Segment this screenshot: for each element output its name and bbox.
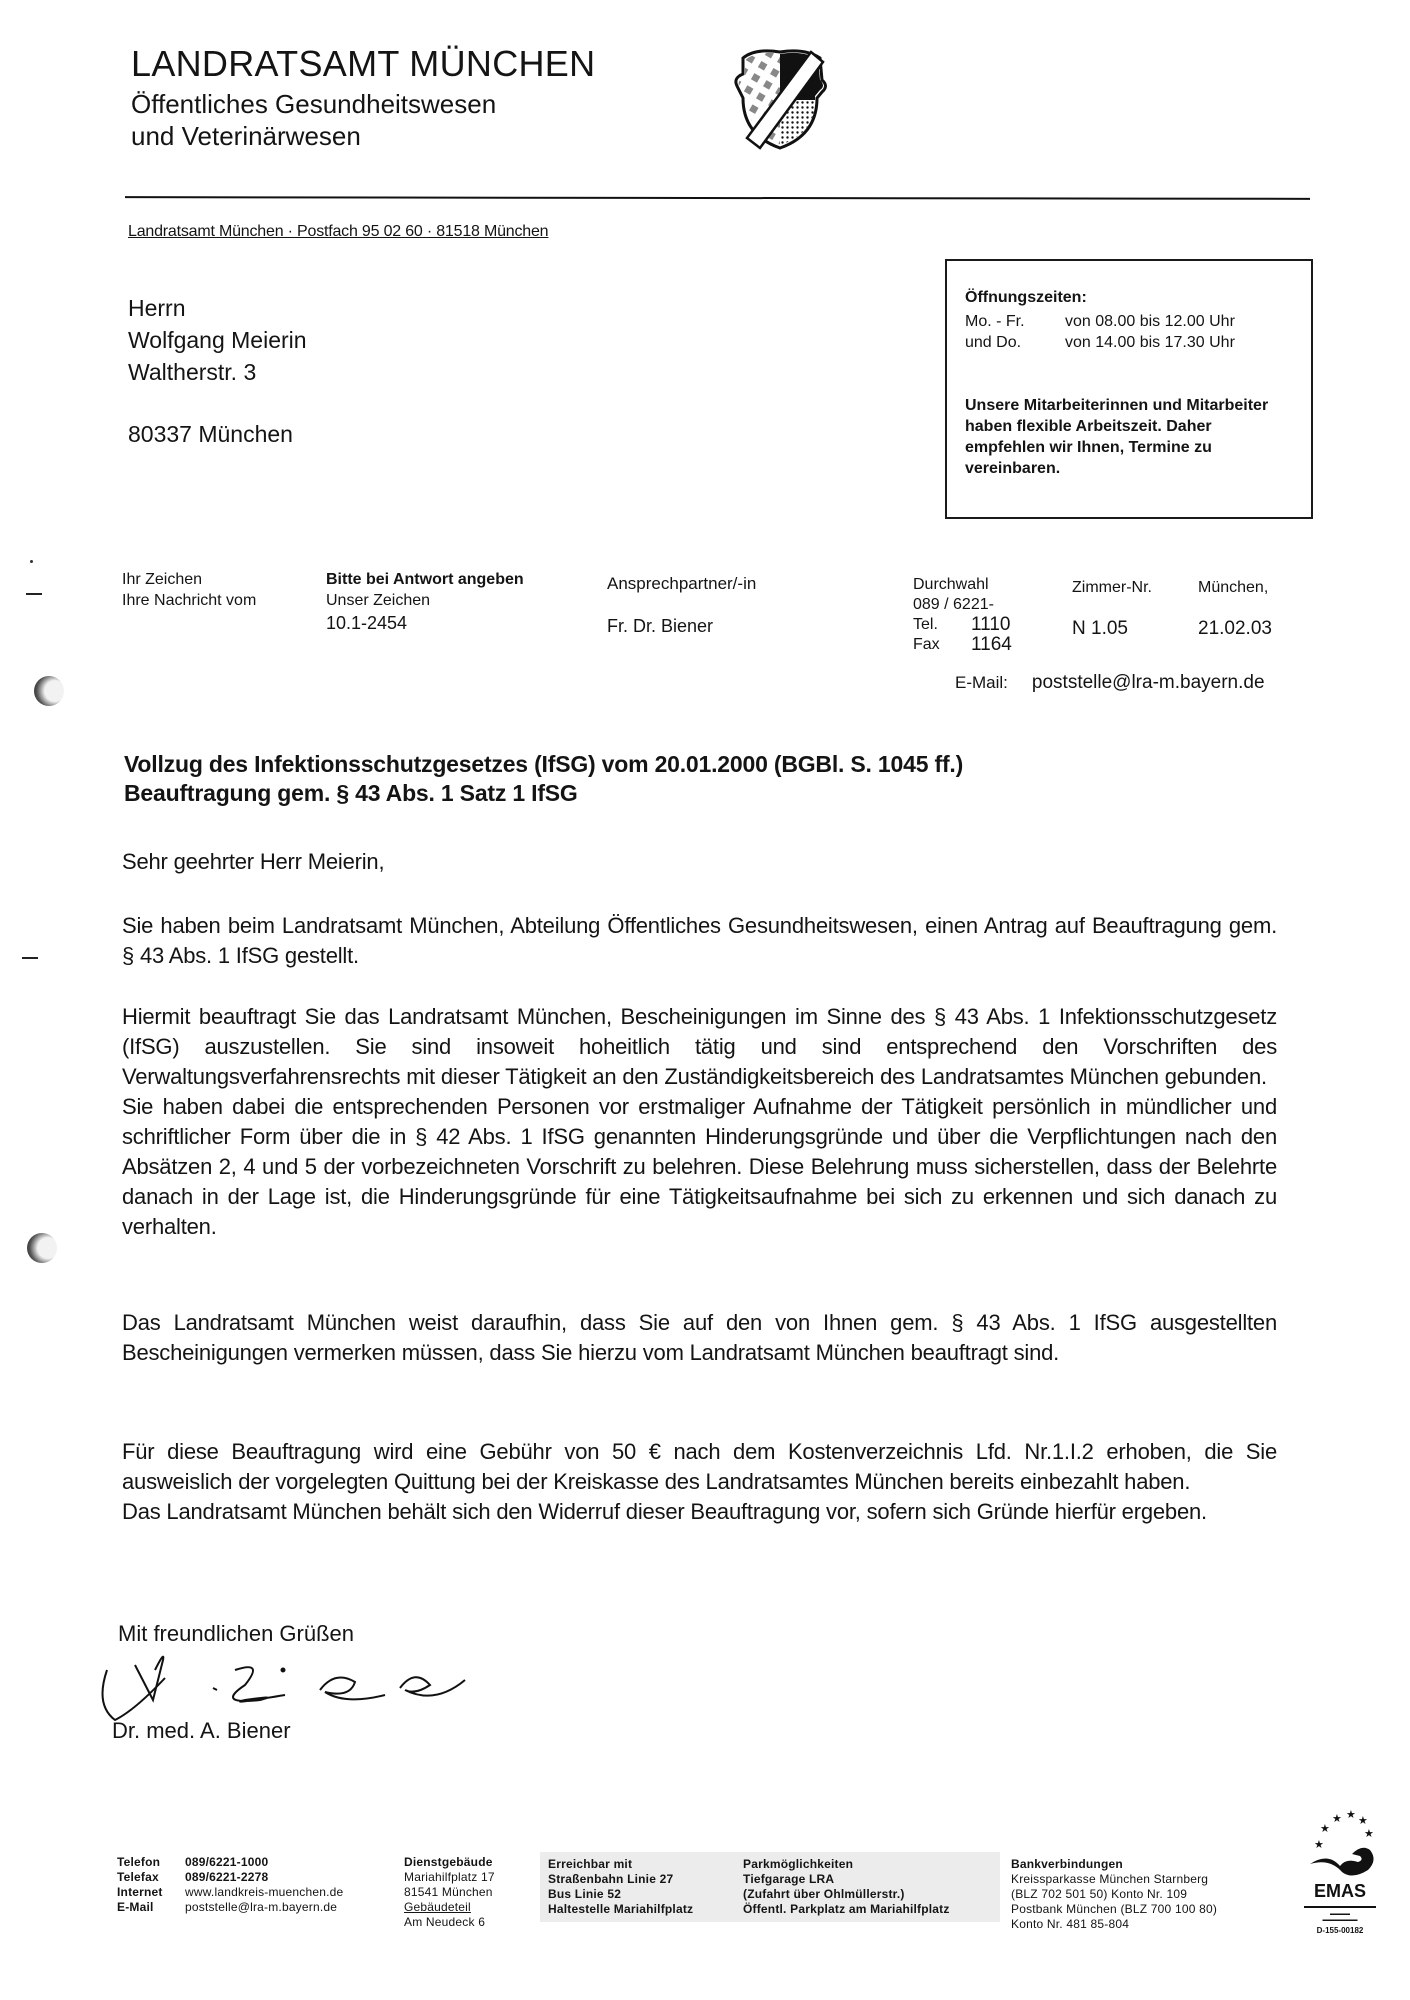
- letter-salutation: Sehr geehrter Herr Meierin,: [122, 847, 1277, 877]
- your-message-label: Ihre Nachricht vom: [122, 590, 256, 611]
- department-name: Öffentliches Gesundheitswesen und Veteri…: [131, 88, 496, 152]
- body-paragraph: Für diese Beauftragung wird eine Gebühr …: [122, 1437, 1277, 1527]
- opening-hours-row: Mo. - Fr. von 08.00 bis 12.00 Uhr: [965, 311, 1291, 332]
- tel-value: 1110: [971, 615, 1010, 635]
- footer-bank: Bankverbindungen Kreissparkasse München …: [1011, 1857, 1217, 1932]
- subject-line-2: Beauftragung gem. § 43 Abs. 1 Satz 1 IfS…: [124, 779, 963, 808]
- recipient-city: 80337 München: [128, 418, 307, 450]
- opening-hours-title: Öffnungszeiten:: [965, 287, 1291, 308]
- recipient-address: Herrn Wolfgang Meierin Waltherstr. 3 803…: [128, 292, 307, 450]
- building-annex-label: Gebäudeteil: [404, 1900, 495, 1915]
- bank-line: Kreissparkasse München Starnberg: [1011, 1872, 1217, 1887]
- parking-line: (Zufahrt über Ohlmüllerstr.): [743, 1887, 950, 1902]
- letter-subject: Vollzug des Infektionsschutzgesetzes (If…: [124, 750, 963, 808]
- emas-logo: ★★★ ★★★ EMAS ▬▬▬▬▬▬▬▬▬▬▬ D-155-00182: [1300, 1800, 1380, 1945]
- recipient-name: Wolfgang Meierin: [128, 324, 307, 356]
- our-ref-value: 10.1-2454: [326, 613, 524, 634]
- fold-mark: [22, 957, 38, 959]
- paragraph-text: Das Landratsamt München behält sich den …: [122, 1497, 1277, 1527]
- email-value: poststelle@lra-m.bayern.de: [1032, 672, 1265, 693]
- hours-days: und Do.: [965, 332, 1065, 353]
- svg-text:★: ★: [1346, 1808, 1356, 1821]
- sender-return-address: Landratsamt München · Postfach 95 02 60 …: [128, 223, 548, 241]
- emas-logo-icon: ★★★ ★★★ EMAS: [1300, 1800, 1380, 1900]
- your-ref-label: Ihr Zeichen: [122, 569, 256, 590]
- transit-line: Bus Linie 52: [548, 1887, 693, 1902]
- recipient-salutation: Herrn: [128, 292, 307, 324]
- footer-phone-label: Telefon: [117, 1855, 185, 1870]
- fold-mark: [26, 593, 42, 595]
- bank-title: Bankverbindungen: [1011, 1857, 1123, 1871]
- contact-email: E-Mail:poststelle@lra-m.bayern.de: [955, 672, 1265, 694]
- letterhead-divider: [125, 196, 1310, 200]
- subject-line-1: Vollzug des Infektionsschutzgesetzes (If…: [124, 750, 963, 779]
- parking-title: Parkmöglichkeiten: [743, 1857, 950, 1872]
- body-paragraph: Hiermit beauftragt Sie das Landratsamt M…: [122, 1002, 1277, 1242]
- footer-email-label: E-Mail: [117, 1900, 185, 1915]
- your-reference: Ihr Zeichen Ihre Nachricht vom: [122, 569, 256, 611]
- building-street: Mariahilfplatz 17: [404, 1870, 495, 1885]
- department-line-1: Öffentliches Gesundheitswesen: [131, 88, 496, 120]
- please-quote-label: Bitte bei Antwort angeben: [326, 569, 524, 590]
- bank-line: (BLZ 702 501 50) Konto Nr. 109: [1011, 1887, 1217, 1902]
- fax-label: Fax: [913, 635, 971, 655]
- building-annex-street: Am Neudeck 6: [404, 1915, 495, 1930]
- date-value: 21.02.03: [1198, 618, 1272, 639]
- opening-hours-box: Öffnungszeiten: Mo. - Fr. von 08.00 bis …: [945, 259, 1313, 519]
- tel-label: Tel.: [913, 615, 971, 635]
- paragraph-text: Hiermit beauftragt Sie das Landratsamt M…: [122, 1002, 1277, 1092]
- parking-line: Tiefgarage LRA: [743, 1872, 950, 1887]
- footer-internet-label: Internet: [117, 1885, 185, 1900]
- emas-registration-number: D-155-00182: [1300, 1926, 1380, 1935]
- org-name: LANDRATSAMT MÜNCHEN: [131, 44, 595, 84]
- paragraph-text: Sie haben beim Landratsamt München, Abte…: [122, 911, 1277, 971]
- transit-title: Erreichbar mit: [548, 1857, 693, 1872]
- building-title: Dienstgebäude: [404, 1855, 493, 1869]
- letter-date: München, 21.02.03: [1198, 577, 1272, 639]
- footer-fax-label: Telefax: [117, 1870, 185, 1885]
- paragraph-text: Das Landratsamt München weist daraufhin,…: [122, 1308, 1277, 1368]
- footer-parking: Parkmöglichkeiten Tiefgarage LRA (Zufahr…: [743, 1857, 950, 1917]
- direct-dial-prefix: 089 / 6221-: [913, 595, 1012, 615]
- contact-value: Fr. Dr. Biener: [607, 616, 756, 637]
- footer-internet-value: www.landkreis-muenchen.de: [185, 1885, 405, 1900]
- body-paragraph: Das Landratsamt München weist daraufhin,…: [122, 1308, 1277, 1368]
- svg-text:★: ★: [1358, 1814, 1368, 1827]
- hours-time: von 08.00 bis 12.00 Uhr: [1065, 311, 1235, 332]
- our-ref-label: Unser Zeichen: [326, 590, 524, 611]
- place-label: München,: [1198, 577, 1272, 598]
- punch-hole: [34, 676, 64, 706]
- department-line-2: und Veterinärwesen: [131, 120, 496, 152]
- svg-text:★: ★: [1332, 1812, 1342, 1825]
- hours-days: Mo. - Fr.: [965, 311, 1065, 332]
- body-paragraph: Sie haben beim Landratsamt München, Abte…: [122, 911, 1277, 971]
- footer-building: Dienstgebäude Mariahilfplatz 17 81541 Mü…: [404, 1855, 495, 1930]
- room-label: Zimmer-Nr.: [1072, 577, 1152, 598]
- bank-line: Postbank München (BLZ 700 100 80): [1011, 1902, 1217, 1917]
- svg-text:EMAS: EMAS: [1314, 1881, 1366, 1900]
- email-label: E-Mail:: [955, 673, 1008, 692]
- direct-dial: Durchwahl 089 / 6221- Tel.1110 Fax1164: [913, 575, 1012, 655]
- our-reference: Bitte bei Antwort angeben Unser Zeichen …: [326, 569, 524, 634]
- footer-phone-value: 089/6221-1000: [185, 1855, 405, 1870]
- svg-text:★: ★: [1314, 1838, 1324, 1851]
- contact-label: Ansprechpartner/-in: [607, 573, 756, 594]
- direct-dial-label: Durchwahl: [913, 575, 1012, 595]
- paragraph-text: Sie haben dabei die entsprechenden Perso…: [122, 1092, 1277, 1242]
- transit-line: Haltestelle Mariahilfplatz: [548, 1902, 693, 1917]
- signer-name: Dr. med. A. Biener: [112, 1718, 291, 1744]
- fax-value: 1164: [971, 635, 1012, 655]
- room-value: N 1.05: [1072, 618, 1152, 639]
- building-city: 81541 München: [404, 1885, 495, 1900]
- footer-transit: Erreichbar mit Straßenbahn Linie 27 Bus …: [548, 1857, 693, 1917]
- room-number: Zimmer-Nr. N 1.05: [1072, 577, 1152, 639]
- paragraph-text: Für diese Beauftragung wird eine Gebühr …: [122, 1437, 1277, 1497]
- hours-time: von 14.00 bis 17.30 Uhr: [1065, 332, 1235, 353]
- footer-contact: Telefon089/6221-1000 Telefax089/6221-227…: [117, 1855, 405, 1915]
- contact-person: Ansprechpartner/-in Fr. Dr. Biener: [607, 573, 756, 637]
- footer-fax-value: 089/6221-2278: [185, 1870, 405, 1885]
- svg-text:★: ★: [1320, 1822, 1330, 1835]
- punch-hole: [27, 1233, 57, 1263]
- transit-line: Straßenbahn Linie 27: [548, 1872, 693, 1887]
- opening-hours-row: und Do. von 14.00 bis 17.30 Uhr: [965, 332, 1291, 353]
- scan-dot: [30, 560, 33, 563]
- coat-of-arms-icon: [725, 40, 835, 155]
- closing-phrase: Mit freundlichen Grüßen: [118, 1621, 354, 1647]
- footer-email-value: poststelle@lra-m.bayern.de: [185, 1900, 405, 1915]
- opening-hours-note: Unsere Mitarbeiterinnen und Mitarbeiter …: [965, 395, 1291, 479]
- recipient-street: Waltherstr. 3: [128, 356, 307, 388]
- parking-line: Öffentl. Parkplatz am Mariahilfplatz: [743, 1902, 950, 1917]
- svg-text:★: ★: [1364, 1827, 1374, 1840]
- bank-line: Konto Nr. 481 85-804: [1011, 1917, 1217, 1932]
